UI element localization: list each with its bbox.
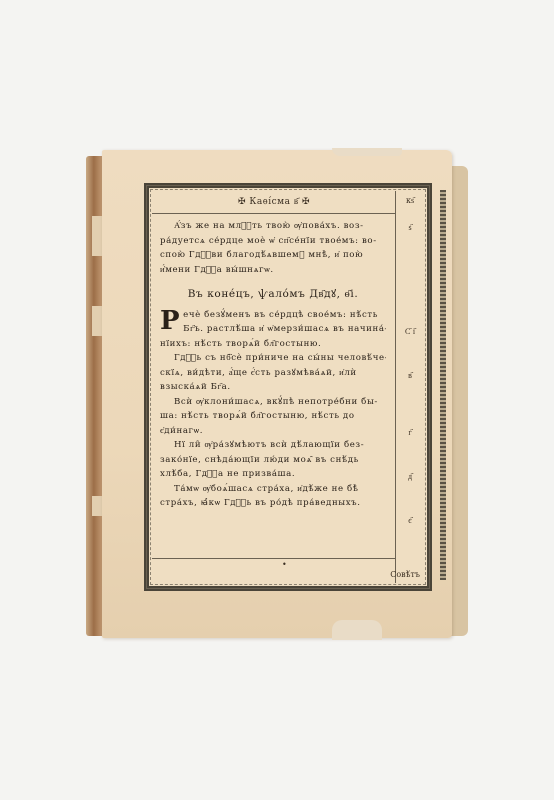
verse-number: г҃ [396,428,424,437]
footer-rule [152,558,396,559]
page-number: кѕ҃ [396,196,424,205]
page-tear [332,148,402,156]
text-line: Та́мѡ ѹ҆боѧ́шасѧ стра́ха, и҆дѣ́же не бѣ̀ [160,482,386,497]
verse-number: ѕ҃ [396,223,424,232]
text-line: скїѧ, ви́дѣти, а҆́ще є҆́сть разꙋмѣва́ѧй,… [160,366,386,381]
drop-capital: Р [160,308,180,334]
text-line: є҆ди́нагѡ. [160,424,386,439]
antique-book: ✠ Каѳі́сма в҃ ✠ кѕ҃ ѕ҃ С҃ і҃ в҃ г҃ д҃ є҃… [86,150,468,642]
text-line: взыска́ѧй Бг҃а. [160,380,386,395]
text-line: А҆́зъ же на млⷭ҇ть твою̀ ѹ҆пова́хъ. воз- [160,219,386,234]
text-line: стра́хъ, ꙗ҆́кѡ Гдⷭ҇ь въ ро́дѣ пра́ведных… [160,496,386,511]
text-line: Всѝ ѹ҆клони́шасѧ, вкꙋ́пѣ непотре́бни бы- [160,395,386,410]
text-line: хлѣ́ба, Гдⷭ҇а не призва́ша. [160,467,386,482]
verse-number: д҃ [396,472,424,481]
margin-column: кѕ҃ ѕ҃ С҃ і҃ в҃ г҃ д҃ є҃ [395,191,424,583]
text-line: Гдⷭ҇ь съ нб҃сѐ при́ниче на сы́ны человѣ́… [160,351,386,366]
footer-mark: • [282,560,287,569]
text-line: и҆́мени Гдⷭ҇а вы́шнѧгѡ. [160,263,386,278]
text-line: зако́нїе, снѣда́ющїи лю́ди моѧ̑ въ снѣ́д… [160,453,386,468]
verse-number: в҃ [396,371,424,380]
catchword: Совѣ́тъ [390,570,420,579]
text-line: ра́дуетсѧ се́рдце моѐ ѡ҆ сп҃се́нїи твое́… [160,234,386,249]
verse-number: є҃ [396,516,424,525]
verse-number: С҃ і҃ [396,327,424,336]
text-line: Бг҃ъ. растлѣ́ша и҆ ѡ҆мерзи́шасѧ въ начин… [183,322,386,337]
ornamental-frame: ✠ Каѳі́сма в҃ ✠ кѕ҃ ѕ҃ С҃ і҃ в҃ г҃ д҃ є҃… [144,183,432,591]
psalm-title: Въ коне́цъ, ѱало́мъ Дв҃дꙋ, ѳ҃і. [160,287,386,302]
text-line: ша: нѣ́сть творѧ́й бл҃гостыню, нѣ́сть до [160,409,386,424]
border-strip-next-page [440,190,446,580]
page-tear [332,620,382,640]
text-line: ечѐ безꙋ́менъ въ се́рдцѣ свое́мъ: нѣ́сть [183,308,386,323]
text-line: спою̀ Гдⷭ҇ви благодѣ́ѧвшемꙋ мнѣ̀, и҆ пою… [160,248,386,263]
page-text: А҆́зъ же на млⷭ҇ть твою̀ ѹ҆пова́хъ. воз-… [160,219,386,511]
running-header: ✠ Каѳі́сма в҃ ✠ [152,191,396,214]
book-page: ✠ Каѳі́сма в҃ ✠ кѕ҃ ѕ҃ С҃ і҃ в҃ г҃ д҃ є҃… [102,150,452,638]
text-line: нїихъ: нѣ́сть творѧ́й бл҃гостыню. [160,337,386,352]
text-line: Нї ли̑ ѹ҆ра́зꙋмѣютъ всѝ дѣ́лающїи без- [160,438,386,453]
